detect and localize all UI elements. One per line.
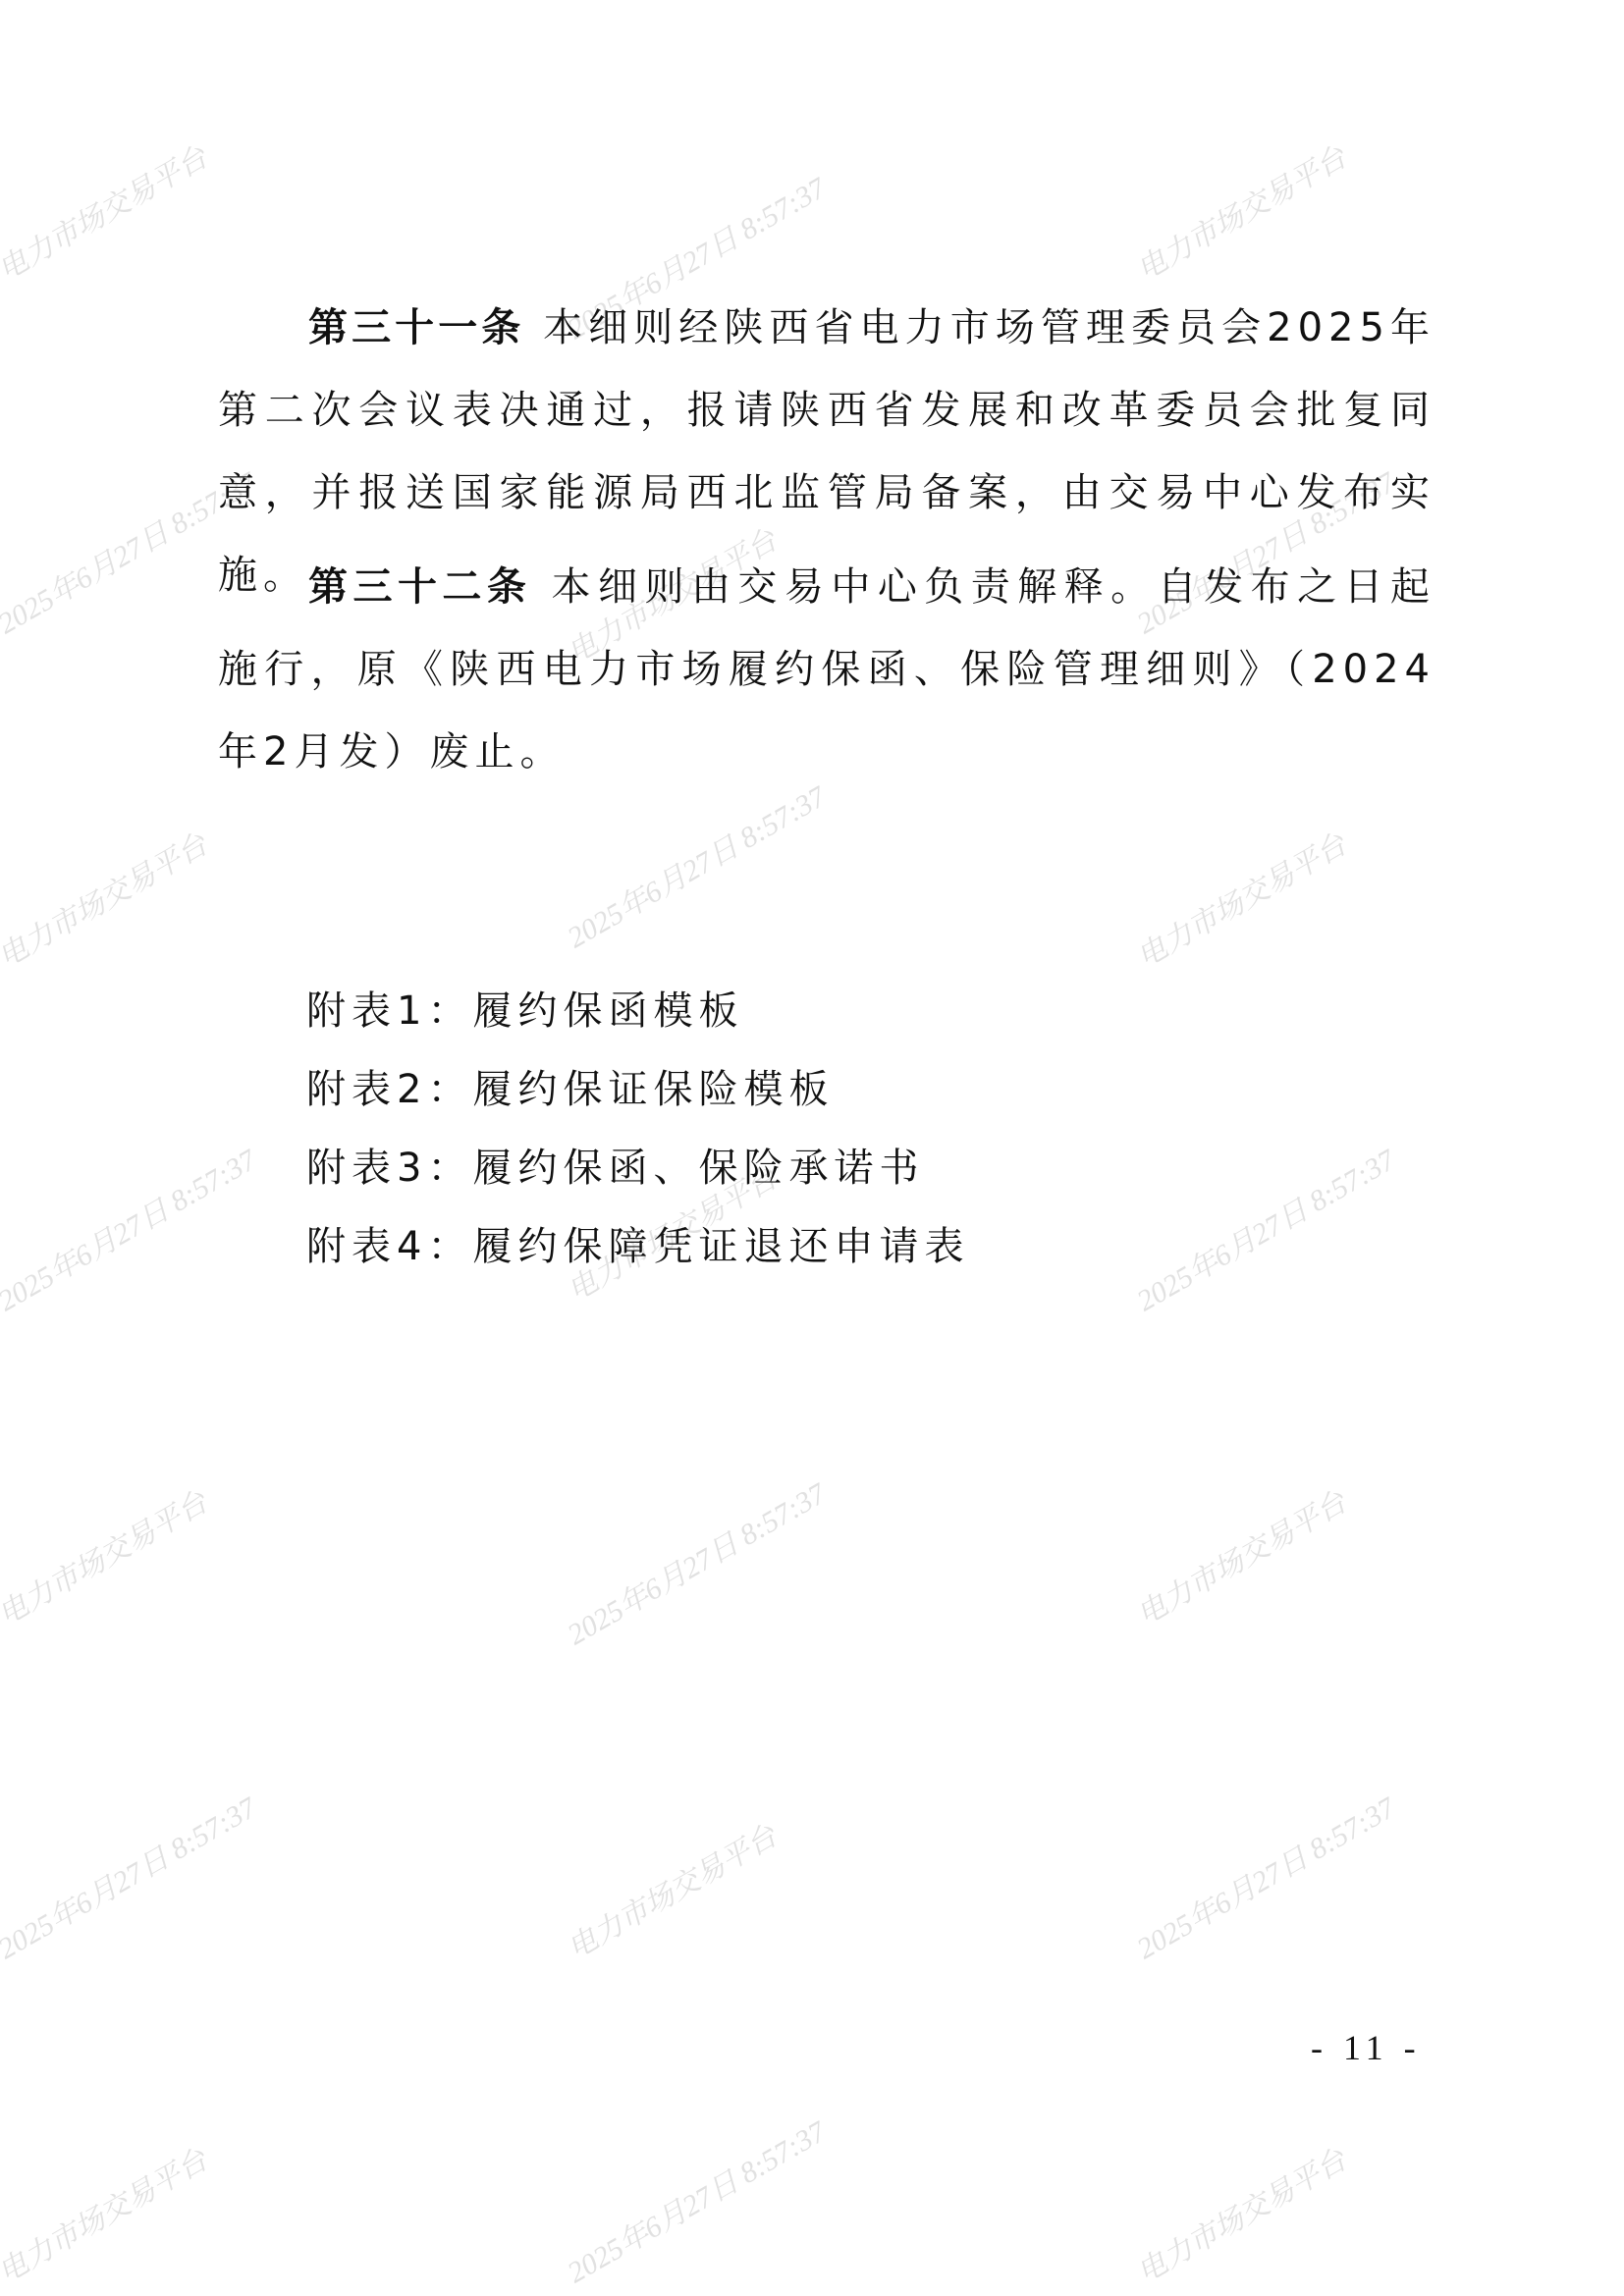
watermark-timestamp: 2025年6月27日 8:57:37 — [0, 1136, 263, 1319]
watermark-platform: 电力市场交易平台 — [0, 821, 214, 976]
article-heading: 第三十二条 — [308, 564, 531, 610]
watermark-platform: 电力市场交易平台 — [0, 2136, 214, 2291]
article-heading: 第三十一条 — [308, 305, 524, 350]
watermark-platform: 电力市场交易平台 — [1127, 821, 1353, 976]
watermark-timestamp: 2025年6月27日 8:57:37 — [1127, 1784, 1402, 1967]
watermark-platform: 电力市场交易平台 — [1127, 1478, 1353, 1633]
appendix-item: 附表3：履约保函、保险承诺书 — [306, 1129, 969, 1207]
watermark-platform: 电力市场交易平台 — [1127, 133, 1353, 289]
watermark-timestamp: 2025年6月27日 8:57:37 — [558, 2108, 833, 2291]
article-32: 第三十二条 本细则由交易中心负责解释。自发布之日起施行，原《陕西电力市场履约保函… — [218, 546, 1435, 793]
page-number: - 11 - — [1311, 2027, 1422, 2068]
appendix-list: 附表1：履约保函模板 附表2：履约保证保险模板 附表3：履约保函、保险承诺书 附… — [306, 972, 969, 1286]
appendix-item: 附表2：履约保证保险模板 — [306, 1050, 969, 1129]
watermark-timestamp: 2025年6月27日 8:57:37 — [0, 1784, 263, 1967]
watermark-platform: 电力市场交易平台 — [558, 1812, 784, 1967]
watermark-timestamp: 2025年6月27日 8:57:37 — [1127, 1136, 1402, 1319]
appendix-item: 附表4：履约保障凭证退还申请表 — [306, 1207, 969, 1286]
watermark-platform: 电力市场交易平台 — [1127, 2136, 1353, 2291]
watermark-platform: 电力市场交易平台 — [0, 1478, 214, 1633]
watermark-platform: 电力市场交易平台 — [0, 133, 214, 289]
watermark-timestamp: 2025年6月27日 8:57:37 — [558, 1469, 833, 1653]
watermark-timestamp: 2025年6月27日 8:57:37 — [558, 773, 833, 956]
appendix-item: 附表1：履约保函模板 — [306, 972, 969, 1050]
